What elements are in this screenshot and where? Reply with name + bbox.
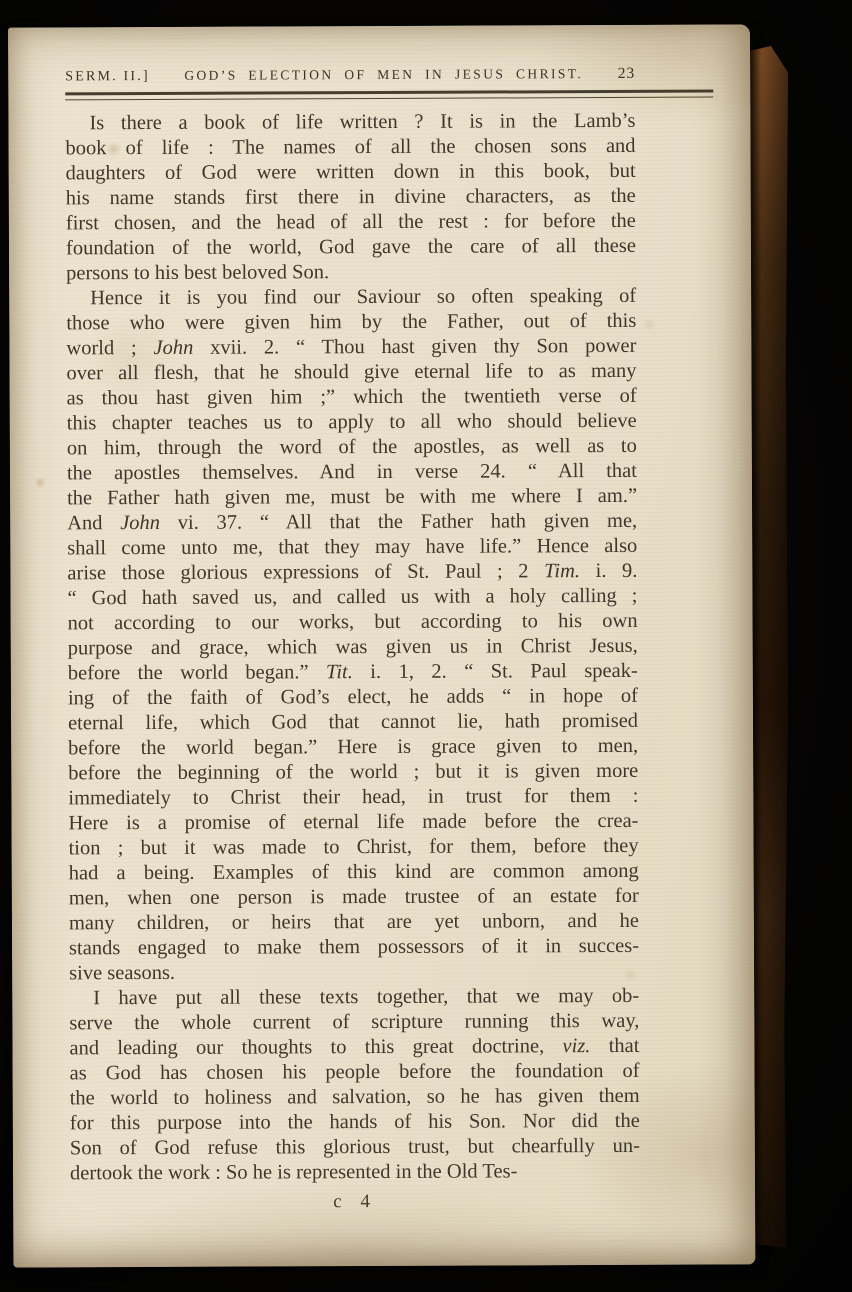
text-line: many children, or heirs that are yet unb… — [69, 909, 639, 936]
page-number: 23 — [618, 65, 636, 83]
paragraph: I have put all these texts together, tha… — [69, 984, 640, 1186]
running-title: GOD’S ELECTION OF MEN IN JESUS CHRIST. — [184, 66, 583, 84]
page-body: Is there a book of life written ? It is … — [65, 109, 640, 1186]
text-line: as thou hast given him ;” which the twen… — [67, 384, 637, 411]
text-line: dertook the work : So he is represented … — [70, 1159, 640, 1186]
paragraph: Is there a book of life written ? It is … — [65, 109, 636, 286]
text-line: the world to holiness and salvation, so … — [70, 1084, 640, 1111]
text-line: those who were given him by the Father, … — [66, 309, 636, 336]
paragraph: Hence it is you find our Saviour so ofte… — [66, 284, 639, 986]
text-line: book of life : The names of all the chos… — [65, 134, 635, 161]
text-line: Here is a promise of eternal life made b… — [68, 809, 638, 836]
text-line: men, when one person is made trustee of … — [69, 884, 639, 911]
text-line: arise those glorious expressions of St. … — [67, 559, 637, 586]
text-line: And John vi. 37. “ All that the Father h… — [67, 509, 637, 536]
text-line: before the world began.” Tit. i. 1, 2. “… — [68, 659, 638, 686]
text-line: sive seasons. — [69, 959, 639, 986]
text-line: this chapter teaches us to apply to all … — [67, 409, 637, 436]
text-line: before the world began.” Here is grace g… — [68, 734, 638, 761]
text-line: purpose and grace, which was given us in… — [68, 634, 638, 661]
text-line: shall come unto me, that they may have l… — [67, 534, 637, 561]
sermon-number-label: SERM. II.] — [65, 69, 150, 85]
text-line: the apostles themselves. And in verse 24… — [67, 459, 637, 486]
text-line: for this purpose into the hands of his S… — [70, 1109, 640, 1136]
text-line: immediately to Christ their head, in tru… — [68, 784, 638, 811]
text-line: as God has chosen his people before the … — [70, 1059, 640, 1086]
book-fore-edge — [750, 46, 788, 1248]
text-line: I have put all these texts together, tha… — [69, 984, 639, 1011]
text-line: first chosen, and the head of all the re… — [66, 209, 636, 236]
text-line: over all flesh, that he should give eter… — [66, 359, 636, 386]
text-line: foundation of the world, God gave the ca… — [66, 234, 636, 261]
text-line: ing of the faith of God’s elect, he adds… — [68, 684, 638, 711]
text-line: tion ; but it was made to Christ, for th… — [69, 834, 639, 861]
text-line: “ God hath saved us, and called us with … — [67, 584, 637, 611]
text-line: his name stands first there in divine ch… — [66, 184, 636, 211]
text-line: and leading our thoughts to this great d… — [69, 1034, 639, 1061]
page-header: SERM. II.] GOD’S ELECTION OF MEN IN JESU… — [65, 65, 635, 85]
text-line: daughters of God were written down in th… — [66, 159, 636, 186]
scan-background: SERM. II.] GOD’S ELECTION OF MEN IN JESU… — [0, 0, 852, 1292]
text-line: not according to our works, but accordin… — [68, 609, 638, 636]
text-line: Hence it is you find our Saviour so ofte… — [66, 284, 636, 311]
text-line: serve the whole current of scripture run… — [69, 1009, 639, 1036]
text-line: had a being. Examples of this kind are c… — [69, 859, 639, 886]
text-line: stands engaged to make them possessors o… — [69, 934, 639, 961]
text-line: on him, through the word of the apostles… — [67, 434, 637, 461]
text-line: Son of God refuse this glorious trust, b… — [70, 1134, 640, 1161]
text-line: eternal life, which God that cannot lie,… — [68, 709, 638, 736]
signature-mark: c 4 — [70, 1190, 640, 1214]
text-line: before the beginning of the world ; but … — [68, 759, 638, 786]
text-line: world ; John xvii. 2. “ Thou hast given … — [66, 334, 636, 361]
text-line: the Father hath given me, must be with m… — [67, 484, 637, 511]
text-line: persons to his best beloved Son. — [66, 259, 636, 286]
book-page: SERM. II.] GOD’S ELECTION OF MEN IN JESU… — [8, 24, 755, 1267]
header-double-rule — [65, 90, 713, 101]
text-line: Is there a book of life written ? It is … — [65, 109, 635, 136]
